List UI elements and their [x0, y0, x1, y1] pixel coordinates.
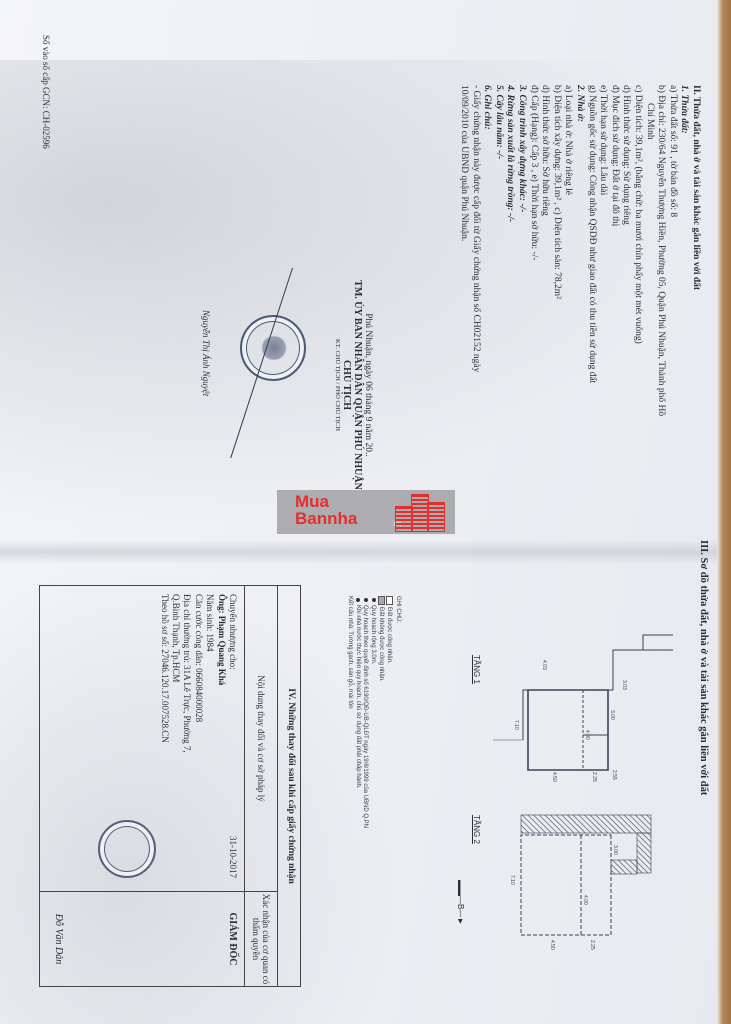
svg-text:7.10: 7.10: [513, 720, 519, 730]
change-line: Địa chỉ thường trú: 31A Lê Trực, Phường …: [181, 594, 192, 753]
change-line: Căn cước công dân: 066084000028: [192, 594, 203, 753]
floor2-label: TẦNG 2: [472, 815, 481, 844]
signer-role-small: KT. CHỦ TỊCH / PHÓ CHỦ TỊCH: [334, 255, 341, 515]
gcn-book-number: Số vào sổ cấp GCN: CH-02596: [41, 35, 51, 149]
change-line: Năm sinh: 1984: [204, 594, 215, 753]
logo-text-top: Mua: [295, 493, 329, 510]
change-content: Chuyển nhượng cho: Ông: Phạm Quang Khả N…: [158, 594, 238, 753]
bullet-icon: [372, 598, 376, 602]
land-heading: 1. Thửa đất:: [678, 85, 690, 515]
table-divider: [40, 891, 246, 892]
signer-name: Nguyễn Thị Ánh Nguyệt: [201, 310, 211, 396]
land-origin: g) Nguồn gốc sử dụng: Công nhận QSDĐ như…: [585, 85, 597, 515]
note-line-1: - Giấy chứng nhận này được cấp đổi từ Gi…: [469, 85, 481, 515]
house-ownership: d) Hình thức sở hữu: Sở hữu riêng: [539, 85, 551, 515]
signer-role: CHỦ TỊCH: [341, 255, 352, 515]
svg-text:4.03: 4.03: [541, 660, 547, 670]
col-header-content: Nội dung thay đổi và cơ sở pháp lý: [244, 586, 278, 892]
production-forest: 4. Rừng sản xuất là rừng trồng: -/-: [504, 85, 516, 515]
issuer-signature-block: Phú Nhuận, ngày 06 tháng 9 năm 20.. TM. …: [334, 255, 373, 515]
recognized-land-swatch-icon: [386, 596, 393, 605]
change-line: Q.Bình Thạnh, Tp.HCM: [170, 594, 181, 753]
issuing-authority: TM. ỦY BAN NHÂN DÂN QUẬN PHÚ NHUẬN: [352, 255, 363, 515]
land-parcel-no: a) Thửa đất số: 91 , tờ bản đồ số: 8: [666, 85, 678, 515]
svg-text:4.00: 4.00: [584, 730, 590, 740]
perennial-trees: 5. Cây lâu năm: -/-: [492, 85, 504, 515]
floor1-plan-diagram: 2.55 2.25 4.00 4.50 7.10 3.00 3.03 4.03: [493, 620, 683, 790]
photographed-certificate: II. Thửa đất, nhà ở và tài sản khác gắn …: [0, 0, 731, 1024]
north-arrow-icon: ▬▬—B—►: [456, 880, 465, 925]
legend-title: GHI CHÚ:: [393, 596, 401, 828]
dim: 2.55: [611, 770, 617, 780]
land-address: b) Địa chỉ: 230/64 Nguyễn Thượng Hiền, P…: [655, 85, 667, 515]
bullet-icon: [364, 598, 368, 602]
unrecognized-land-swatch-icon: [378, 596, 385, 605]
note-line-2: 10/09/2010 của UBND quận Phú Nhuận.: [458, 85, 470, 515]
section-4-title: IV. Những thay đổi sau khi cấp giấy chứn…: [286, 586, 296, 986]
floor1-label: TẦNG 1: [472, 655, 481, 684]
house-type: a) Loại nhà ở: Nhà ở riêng lẻ: [562, 85, 574, 515]
land-term: e) Thời hạn sử dụng: Lâu dài: [597, 85, 609, 515]
land-purpose: đ) Mục đích sử dụng: Đất ở tại đô thị: [608, 85, 620, 515]
svg-text:2.25: 2.25: [589, 940, 595, 950]
land-area: c) Diện tích: 39,1m², (bằng chữ: ba mươi…: [631, 85, 643, 515]
land-usage-form: d) Hình thức sử dụng: Sử dụng riêng: [620, 85, 632, 515]
svg-text:4.50: 4.50: [551, 772, 557, 782]
logo-text-bottom: Bannha: [295, 510, 357, 527]
place-date: Phú Nhuận, ngày 06 tháng 9 năm 20..: [363, 255, 373, 515]
confirmer-role: GIÁM ĐỐC: [227, 892, 238, 986]
svg-text:4.00: 4.00: [582, 895, 588, 905]
house-grade: đ) Cấp (Hạng): Cấp 3 , e) Thời hạn sở hữ…: [527, 85, 539, 515]
svg-text:2.25: 2.25: [591, 772, 597, 782]
floor2-plan-diagram: 2.254.50 7.104.003.00: [491, 805, 671, 955]
legend-item: Kết cấu nhà: Tường gạch, sàn gỗ, mái tôn: [346, 596, 354, 828]
registration-office-seal-icon: [98, 820, 156, 878]
legend-item: Đất được công nhận.: [385, 596, 394, 828]
land-address-cont: Chí Minh: [643, 85, 655, 515]
building-icon: [427, 502, 445, 532]
section-3-title: III. Sơ đồ thửa đất, nhà ở và tài sản kh…: [698, 540, 709, 795]
change-line: Theo hồ sơ số: 27046.120.17.007528.CN: [158, 594, 169, 753]
section-4-changes-table: IV. Những thay đổi sau khi cấp giấy chứn…: [39, 585, 301, 987]
house-area: b) Diện tích xây dựng: 39,1m² , c) Diện …: [550, 85, 562, 515]
change-line: Chuyển nhượng cho:: [227, 594, 238, 753]
legend-item: Quy hoạch theo quyết định số 6190/QĐ-UB-…: [361, 596, 369, 828]
legend-item: Khi nhà nước thực hiện quy hoạch, chủ sử…: [353, 596, 361, 828]
house-heading: 2. Nhà ở:: [573, 85, 585, 515]
svg-text:3.00: 3.00: [612, 845, 618, 855]
confirmer-name: Đỗ Văn Dân: [53, 892, 64, 986]
svg-text:3.03: 3.03: [621, 680, 627, 690]
legend-item: Đất không được công nhận.: [376, 596, 385, 828]
section-2: II. Thửa đất, nhà ở và tài sản khác gắn …: [458, 85, 701, 515]
notes-heading: 6. Ghi chú:: [481, 85, 493, 515]
page-left: II. Thửa đất, nhà ở và tài sản khác gắn …: [0, 0, 731, 512]
section-2-title: II. Thửa đất, nhà ở và tài sản khác gắn …: [689, 85, 701, 515]
muabannha-watermark-logo: Mua Bannha .vn: [277, 490, 455, 534]
other-construction: 3. Công trình xây dựng khác: -/-: [516, 85, 528, 515]
plan-legend: GHI CHÚ: Đất được công nhận. Đất không đ…: [346, 596, 401, 828]
svg-text:3.00: 3.00: [609, 710, 615, 720]
col-header-confirmation: Xác nhận của cơ quan có thẩm quyền: [244, 892, 278, 986]
legend-item: Quy hoạch rộng 3,0m.: [368, 596, 376, 828]
change-line: Ông: Phạm Quang Khả: [215, 594, 226, 753]
svg-text:7.10: 7.10: [509, 875, 515, 885]
change-date: 31-10-2017: [228, 836, 238, 878]
bullet-icon: [356, 598, 360, 602]
svg-text:4.50: 4.50: [549, 940, 555, 950]
